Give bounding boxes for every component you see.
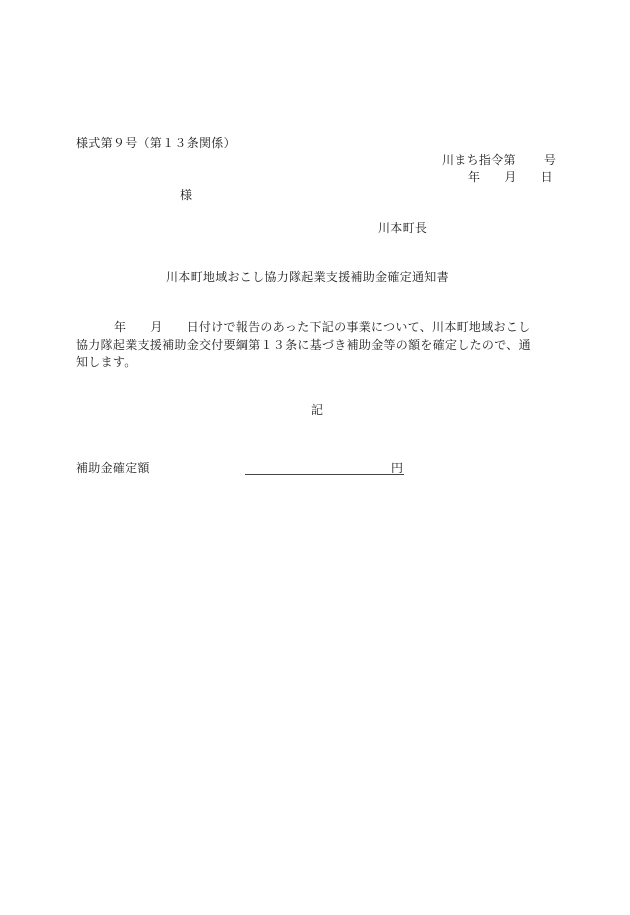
ki-heading: 記 [311,404,323,416]
document-number-suffix: 号 [544,153,556,167]
body-year: 年 [114,320,126,334]
document-number: 川まち指令第号 [442,154,556,166]
issue-date: 年月日 [468,171,553,183]
form-number: 様式第９号（第１３条関係） [76,137,236,149]
amount-unit: 円 [391,462,403,474]
recipient: 様 [180,189,192,201]
body-line-2: 協力隊起業支援補助金交付要綱第１３条に基づき補助金等の額を確定したので、通 [76,337,562,355]
body-month: 月 [150,320,162,334]
date-month: 月 [504,170,516,184]
body-line-3: 知します。 [76,354,562,372]
issuer: 川本町長 [378,222,427,234]
body-line-1: 年月日付けで報告のあった下記の事業について、川本町地域おこし [76,319,562,337]
body-paragraph: 年月日付けで報告のあった下記の事業について、川本町地域おこし 協力隊起業支援補助… [76,319,562,372]
document-title: 川本町地域おこし協力隊起業支援補助金確定通知書 [166,271,449,283]
amount-underline [245,474,404,475]
document-number-prefix: 川まち指令第 [442,153,516,167]
date-day: 日 [541,170,553,184]
body-line-1-text: 日付けで報告のあった下記の事業について、川本町地域おこし [187,320,531,334]
amount-label: 補助金確定額 [76,462,150,474]
date-year: 年 [468,170,480,184]
